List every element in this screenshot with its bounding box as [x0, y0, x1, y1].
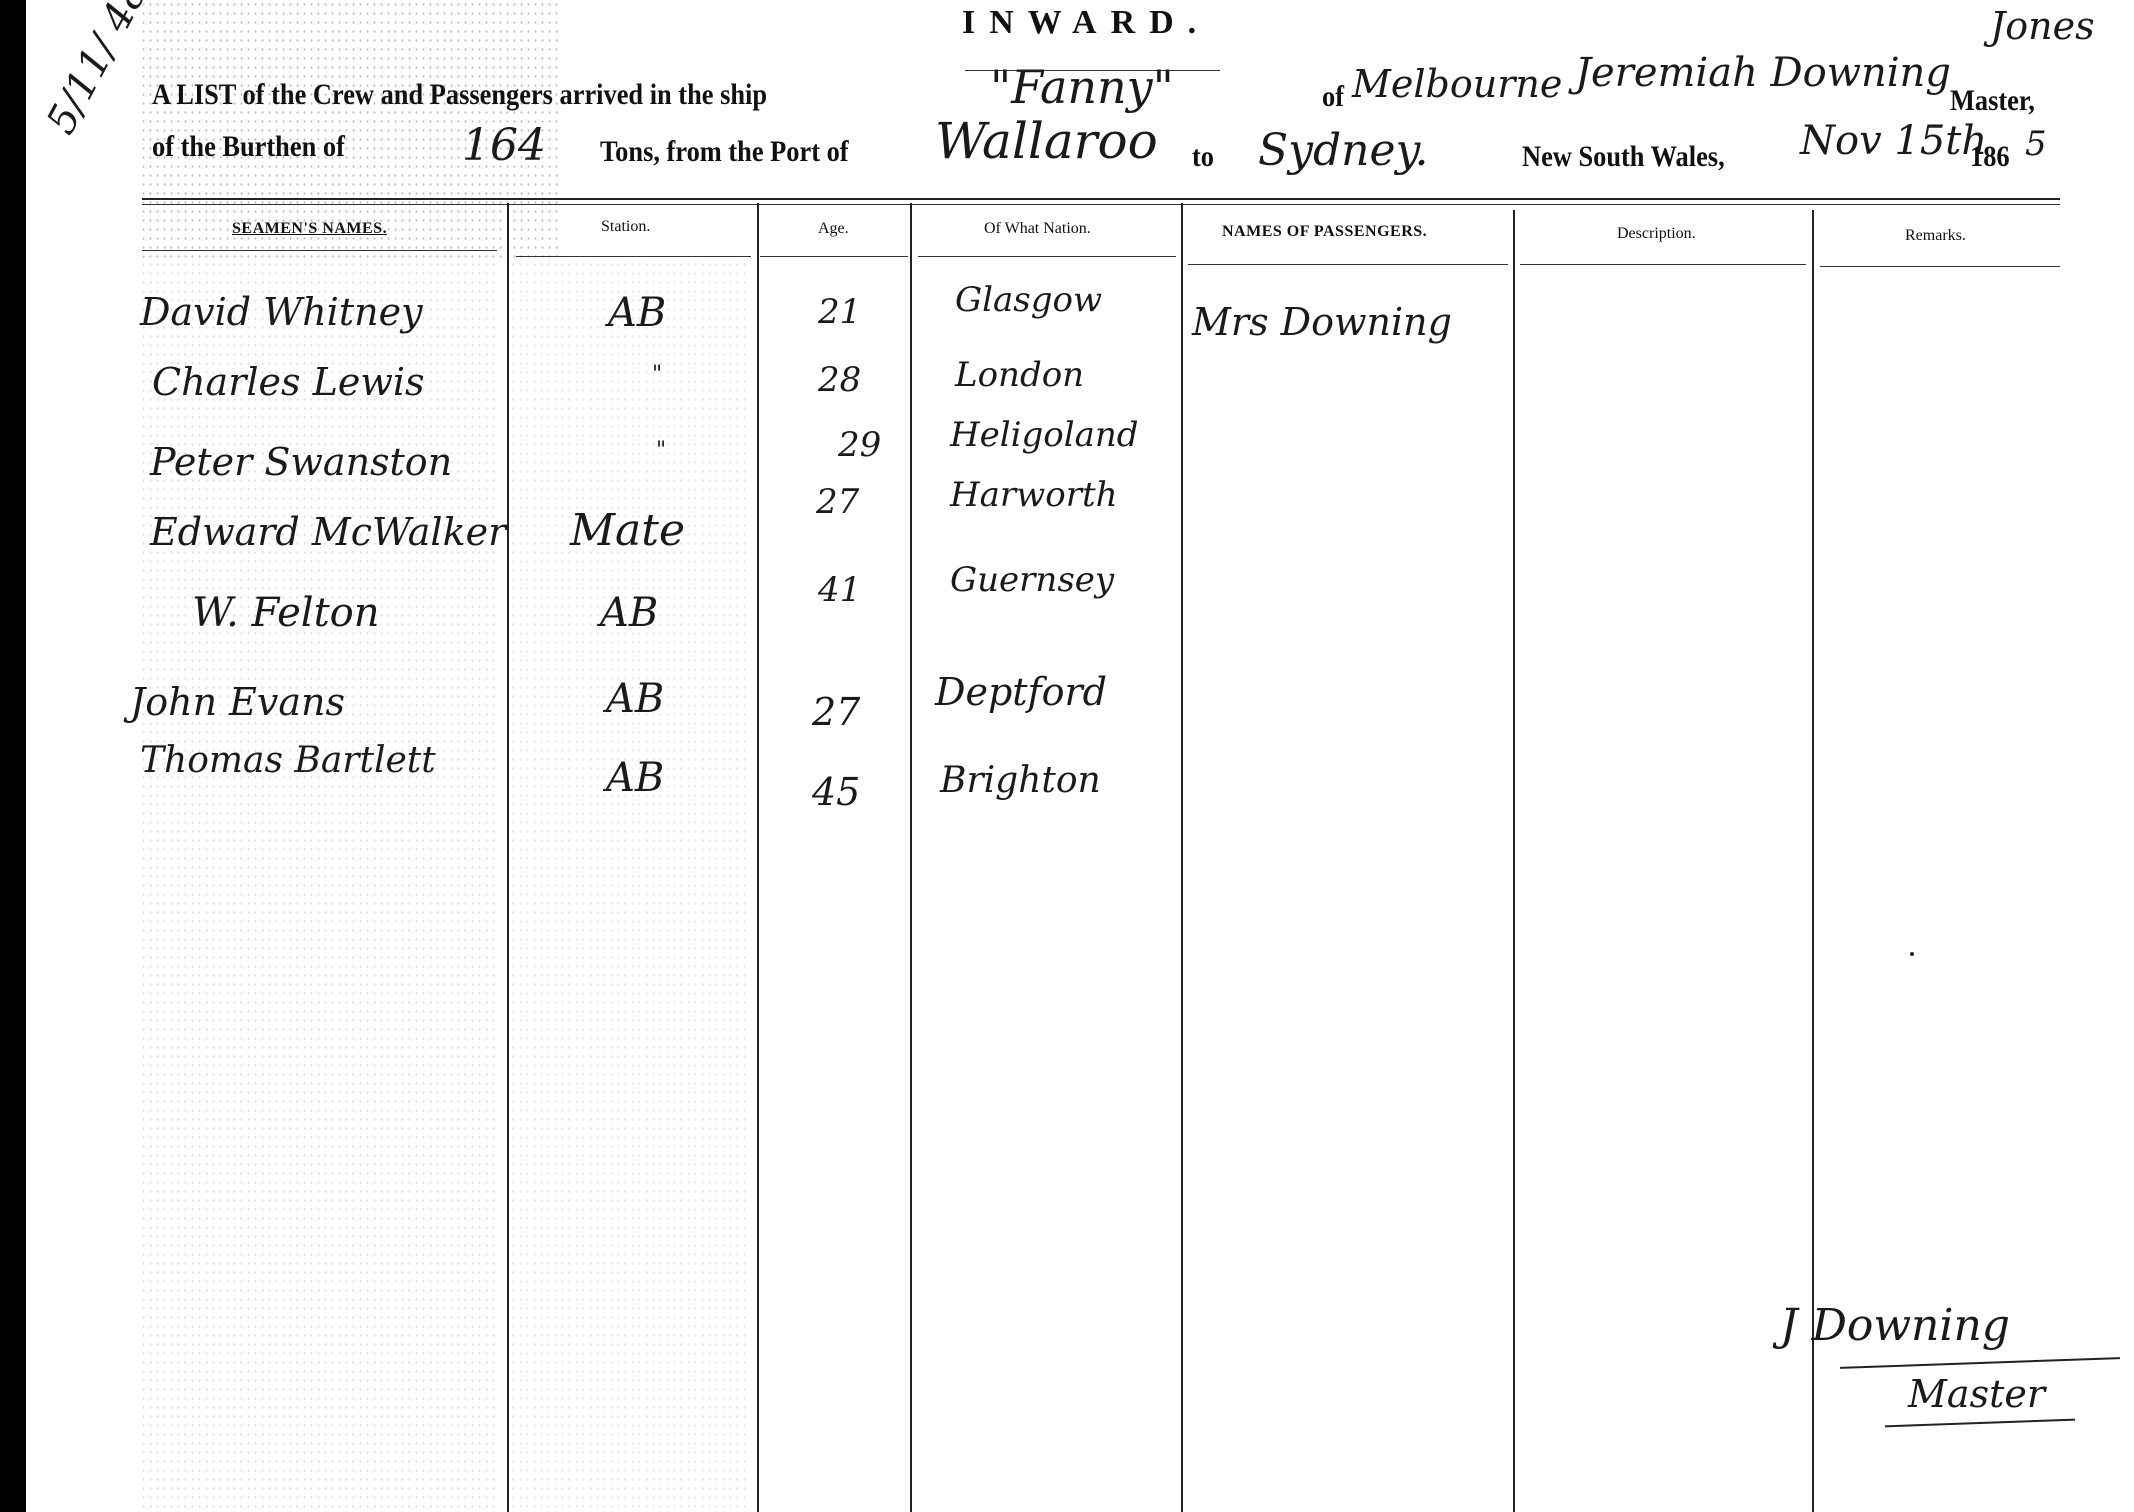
seaman-name: Thomas Bartlett: [140, 740, 436, 781]
seaman-nation: Heligoland: [950, 415, 1139, 455]
header-bottom-rule: [1188, 264, 1508, 265]
column-divider: [757, 203, 759, 1512]
ship-name: "Fanny": [990, 60, 1174, 114]
seaman-age: 29: [838, 425, 881, 465]
header-bottom-rule: [760, 256, 908, 257]
header-bottom-rule: [516, 256, 751, 257]
seaman-station: ": [652, 362, 662, 387]
tons-value: 164: [462, 120, 546, 171]
column-header-passengers: NAMES OF PASSENGERS.: [1222, 223, 1427, 241]
seaman-age: 27: [812, 690, 860, 734]
seaman-age: 28: [818, 360, 861, 400]
seaman-station: ": [656, 438, 666, 463]
column-divider: [1181, 203, 1183, 1512]
seaman-name: Peter Swanston: [150, 440, 452, 484]
signature-underline: [1885, 1419, 2075, 1428]
ink-speck: [1910, 952, 1914, 956]
seaman-station: AB: [600, 590, 658, 636]
to-label: to: [1192, 140, 1214, 174]
column-divider: [1513, 210, 1515, 1512]
seaman-station: AB: [606, 755, 664, 801]
seaman-age: 41: [818, 570, 861, 610]
column-header-age: Age.: [818, 220, 849, 238]
seaman-station: AB: [606, 676, 664, 722]
seaman-station: AB: [608, 290, 666, 336]
master-name: Jeremiah Downing: [1575, 50, 1951, 96]
header-line1-prefix: A LIST of the Crew and Passengers arrive…: [152, 78, 767, 112]
header-bottom-rule: [142, 250, 497, 251]
seaman-name: W. Felton: [192, 590, 380, 636]
seaman-nation: Glasgow: [955, 280, 1102, 320]
column-divider: [507, 203, 509, 1512]
tons-label: Tons, from the Port of: [600, 135, 849, 169]
corner-annotation: Jones: [1990, 4, 2095, 48]
seaman-age: 27: [816, 482, 859, 522]
seaman-station: Mate: [570, 505, 685, 556]
column-header-remarks: Remarks.: [1905, 227, 1966, 245]
seaman-nation: London: [955, 355, 1084, 395]
seaman-nation: Deptford: [935, 670, 1107, 714]
header-bottom-rule: [1520, 264, 1806, 265]
passenger-name: Mrs Downing: [1192, 300, 1452, 344]
from-port: Wallaroo: [935, 112, 1158, 170]
master-label: Master,: [1950, 84, 2035, 118]
seaman-nation: Harworth: [950, 475, 1118, 515]
burthen-label: of the Burthen of: [152, 130, 345, 164]
home-port: Melbourne: [1352, 62, 1562, 106]
colony-label: New South Wales,: [1522, 140, 1725, 174]
column-header-station: Station.: [601, 218, 650, 236]
of-label: of: [1322, 80, 1344, 114]
seaman-name: Edward McWalker: [150, 510, 506, 554]
seaman-name: David Whitney: [140, 290, 423, 334]
seaman-name: John Evans: [130, 680, 345, 724]
to-port: Sydney.: [1258, 125, 1429, 176]
year-printed: 186: [1970, 140, 2010, 174]
column-divider: [910, 203, 912, 1512]
seaman-name: Charles Lewis: [152, 360, 425, 404]
column-header-seamen: SEAMEN'S NAMES.: [232, 220, 387, 238]
scan-left-edge: [0, 0, 26, 1512]
master-title: Master: [1908, 1372, 2045, 1416]
arrival-date: Nov 15th: [1800, 118, 1987, 164]
column-header-nation: Of What Nation.: [984, 220, 1091, 238]
header-bottom-rule: [918, 256, 1176, 257]
year-handwritten: 5: [2025, 124, 2047, 164]
seaman-nation: Guernsey: [950, 560, 1114, 600]
seaman-age: 45: [812, 770, 860, 814]
column-header-description: Description.: [1617, 225, 1696, 243]
table-top-rule: [142, 198, 2060, 200]
master-signature: J Downing: [1780, 1300, 2010, 1351]
seaman-age: 21: [818, 292, 861, 332]
scan-noise: [510, 260, 750, 1510]
seaman-nation: Brighton: [940, 760, 1101, 801]
header-bottom-rule: [1820, 266, 2060, 267]
table-top-rule-inner: [142, 204, 2060, 205]
signature-flourish: [1840, 1357, 2120, 1369]
document-title: INWARD.: [962, 4, 1210, 42]
